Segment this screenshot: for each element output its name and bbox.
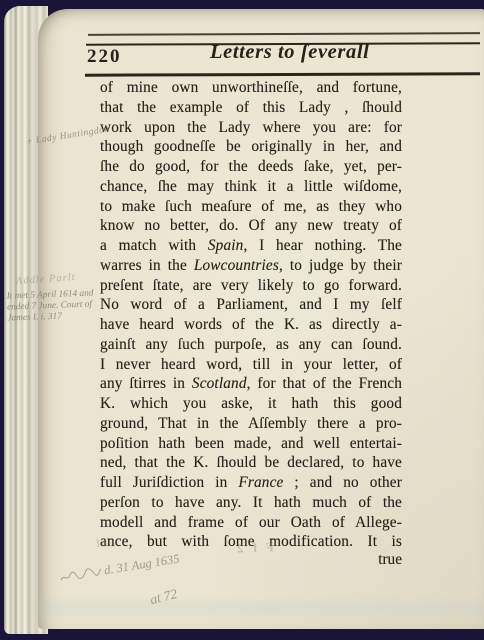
text-segment: work upon the Lady where you are: for xyxy=(100,119,402,136)
marginalia-death-note-text: d. 31 Aug 1635 xyxy=(103,552,180,578)
text-segment: gainſt any ſuch purpoſe, as any can ſoun… xyxy=(100,336,402,353)
showthrough-small-text: of xyxy=(95,536,108,551)
text-segment: ſhe do good, for the deeds ſake, yet, pe… xyxy=(100,158,402,175)
text-line: ned, that the K. ſhould be declared, to … xyxy=(100,453,402,473)
italic-text-segment: Lowcountries xyxy=(194,257,279,274)
marginalia-death-note: d. 31 Aug 1635 xyxy=(58,552,181,586)
text-segment: full Juriſdiction in xyxy=(100,474,238,491)
text-line: full Juriſdiction in France ; and no oth… xyxy=(100,473,402,493)
italic-text-segment: France xyxy=(238,474,283,491)
header-separator-rule xyxy=(85,72,480,76)
text-line: know no better, do. Of any new treaty of xyxy=(100,216,402,236)
text-segment: ; and no other xyxy=(283,474,402,491)
illegible-scribble-icon xyxy=(58,564,104,585)
text-line: perſon to have any. It hath much of the xyxy=(100,493,402,513)
text-segment: have heard words of the K. as directly a… xyxy=(100,316,402,333)
text-segment: ned, that the K. ſhould be declared, to … xyxy=(100,454,402,471)
italic-text-segment: Spain xyxy=(208,237,244,254)
text-segment: perſon to have any. It hath much of the xyxy=(100,494,402,511)
text-segment: that the example of this Lady , ſhould xyxy=(100,99,402,116)
text-line: work upon the Lady where you are: for xyxy=(100,118,402,138)
text-segment: ground, That in the Aſſembly there a pro… xyxy=(100,415,402,432)
text-segment: of mine own unworthineſſe, and fortune, xyxy=(100,79,402,96)
scan-frame: 220 Letters to ſeverall of mine own unwo… xyxy=(0,0,484,640)
italic-text-segment: Scotland xyxy=(192,375,247,392)
text-segment: preſent ſtate, are very likely to go for… xyxy=(100,277,402,294)
text-line: preſent ſtate, are very likely to go for… xyxy=(100,276,402,296)
text-segment: though goodneſſe be originally in her, a… xyxy=(100,138,402,155)
text-segment: , to judge by their xyxy=(279,257,402,274)
text-segment: warres in the xyxy=(100,257,194,274)
text-line: chance, ſhe may think it a little wiſdom… xyxy=(100,177,402,197)
showthrough-signature-mark: F f 2 xyxy=(234,539,274,556)
text-segment: modell and frame of our Oath of Allege- xyxy=(100,514,402,531)
text-segment: a match with xyxy=(100,237,208,254)
body-lines: of mine own unworthineſſe, and fortune,t… xyxy=(100,78,402,552)
text-line: of mine own unworthineſſe, and fortune, xyxy=(100,78,402,98)
marginalia-addled-parliament-note: It met 5 April 1614 andended 7 June. Cou… xyxy=(6,288,94,324)
text-segment: I never heard word, till in your letter,… xyxy=(100,356,402,373)
text-line: have heard words of the K. as directly a… xyxy=(100,315,402,335)
text-line: to make ſuch meaſure of me, as they who xyxy=(100,197,402,217)
book-page: 220 Letters to ſeverall of mine own unwo… xyxy=(38,9,484,629)
text-segment: ended 7 June. Court of xyxy=(7,300,92,313)
text-line: a match with Spain, I hear nothing. The xyxy=(100,236,402,256)
text-segment: poſition hath been made, and well entert… xyxy=(100,435,402,452)
running-title: Letters to ſeverall xyxy=(210,41,369,64)
text-line: that the example of this Lady , ſhould xyxy=(100,98,402,118)
text-line: any ſtirres in Scotland, for that of the… xyxy=(100,374,402,394)
text-segment: , for that of the French xyxy=(247,375,402,392)
text-line: though goodneſſe be originally in her, a… xyxy=(100,137,402,157)
text-line: ſhe do good, for the deeds ſake, yet, pe… xyxy=(100,157,402,177)
text-line: gainſt any ſuch purpoſe, as any can ſoun… xyxy=(100,335,402,355)
text-line: warres in the Lowcountries, to judge by … xyxy=(100,256,402,276)
text-segment: to make ſuch meaſure of me, as they who xyxy=(100,198,402,215)
text-line: poſition hath been made, and well entert… xyxy=(100,434,402,454)
text-line: James I. i. 317 xyxy=(7,310,94,324)
marginalia-lady-huntingdon: + Lady Huntingdon xyxy=(26,124,111,147)
text-line: I never heard word, till in your letter,… xyxy=(100,355,402,375)
text-line: K. which you aske, it hath this good xyxy=(100,394,402,414)
text-segment: , I hear nothing. The xyxy=(243,237,402,254)
text-line: ground, That in the Aſſembly there a pro… xyxy=(100,414,402,434)
text-line: modell and frame of our Oath of Allege- xyxy=(100,513,402,533)
page-number: 220 xyxy=(87,46,122,68)
text-line: No word of a Parliament, and I my ſelf xyxy=(100,295,402,315)
text-segment: chance, ſhe may think it a little wiſdom… xyxy=(100,178,402,195)
text-segment: No word of a Parliament, and I my ſelf xyxy=(100,296,402,313)
catchword: true xyxy=(302,551,402,569)
text-segment: James I. i. 317 xyxy=(7,312,62,324)
text-segment: know no better, do. Of any new treaty of xyxy=(100,217,402,234)
text-segment: any ſtirres in xyxy=(100,375,192,392)
text-segment: K. which you aske, it hath this good xyxy=(100,395,402,412)
header-rule-upper xyxy=(88,32,480,35)
paper-stain xyxy=(38,601,484,617)
